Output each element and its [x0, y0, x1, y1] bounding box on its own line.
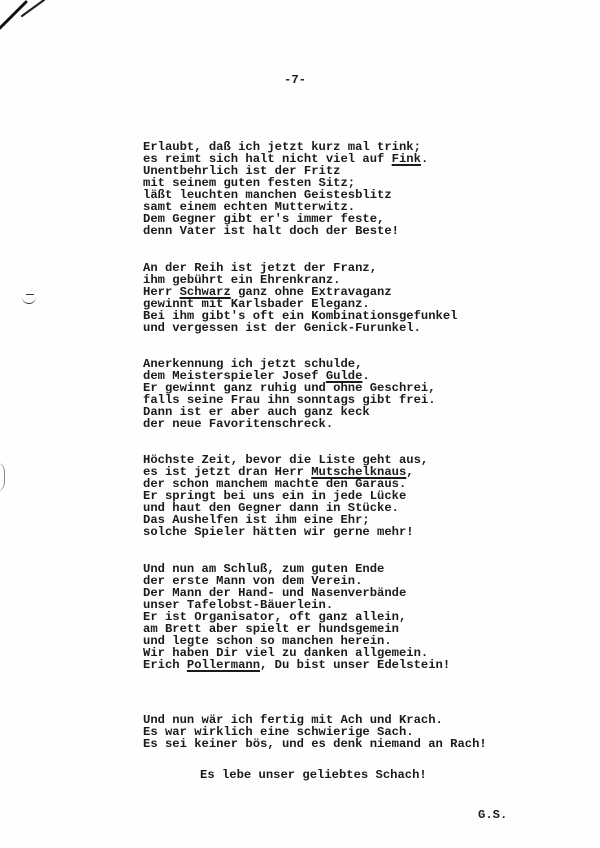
- stanza-6: Und nun wär ich fertig mit Ach und Krach…: [143, 714, 487, 750]
- corner-pen-stroke: [0, 0, 60, 40]
- signature: G.S.: [478, 808, 507, 822]
- underlined-name: Pollermann: [187, 658, 260, 672]
- margin-binding-mark: [0, 462, 5, 492]
- closing-line: Es lebe unser geliebtes Schach!: [200, 768, 427, 782]
- stanza-1: Erlaubt, daß ich jetzt kurz mal trink;es…: [143, 141, 428, 237]
- poem-line: Es sei keiner bös, und es denk niemand a…: [143, 738, 487, 750]
- poem-line: denn Vater ist halt doch der Beste!: [143, 225, 428, 237]
- margin-punch-mark-top: [26, 294, 34, 295]
- poem-line: solche Spieler hätten wir gerne mehr!: [143, 526, 428, 538]
- poem-line: der neue Favoritenschreck.: [143, 418, 436, 430]
- page-number: -7-: [284, 73, 306, 87]
- stanza-3: Anerkennung ich jetzt schulde,dem Meiste…: [143, 358, 436, 430]
- poem-line: und vergessen ist der Genick-Furunkel.: [143, 322, 458, 334]
- poem-line: Erich Pollermann, Du bist unser Edelstei…: [143, 659, 450, 671]
- stanza-4: Höchste Zeit, bevor die Liste geht aus,e…: [143, 454, 428, 538]
- stanza-5: Und nun am Schluß, zum guten Endeder ers…: [143, 563, 450, 671]
- document-page: -7- Erlaubt, daß ich jetzt kurz mal trin…: [0, 0, 600, 848]
- stanza-2: An der Reih ist jetzt der Franz,ihm gebü…: [143, 262, 458, 334]
- underlined-name: Fink: [392, 152, 421, 166]
